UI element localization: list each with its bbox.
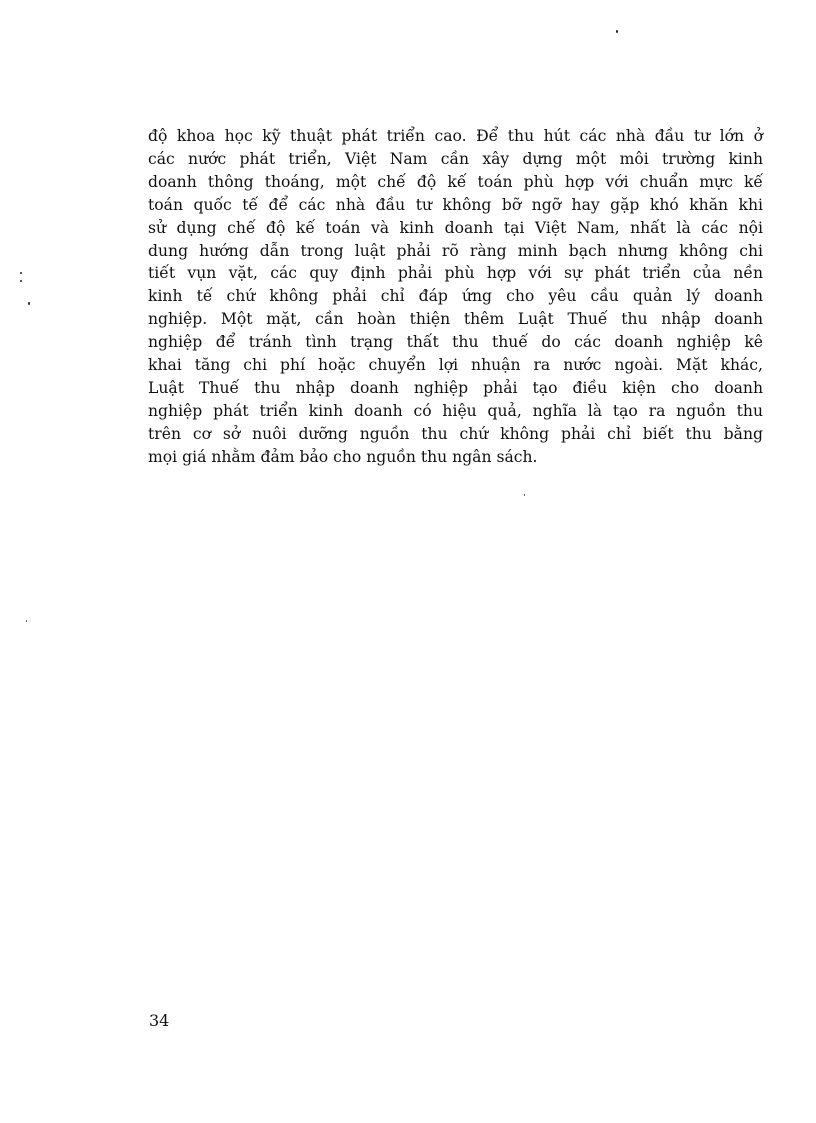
text-line: dung hướng dẫn trong luật phải rõ ràng m… — [148, 240, 763, 263]
text-line: sử dụng chế độ kế toán và kinh doanh tại… — [148, 217, 763, 240]
scan-speck — [524, 494, 525, 496]
text-line: độ khoa học kỹ thuật phát triển cao. Để … — [148, 125, 763, 148]
text-line: Luật Thuế thu nhập doanh nghiệp phải tạo… — [148, 377, 763, 400]
scan-speck — [26, 620, 27, 622]
text-line: các nước phát triển, Việt Nam cần xây dự… — [148, 148, 763, 171]
scan-speck — [20, 280, 22, 282]
page-number: 34 — [149, 1011, 169, 1030]
text-line: nghiệp để tránh tình trạng thất thu thuế… — [148, 331, 763, 354]
text-line: doanh thông thoáng, một chế độ kế toán p… — [148, 171, 763, 194]
scan-speck — [28, 302, 30, 305]
text-line: kinh tế chứ không phải chỉ đáp ứng cho y… — [148, 285, 763, 308]
text-line: khai tăng chi phí hoặc chuyển lợi nhuận … — [148, 354, 763, 377]
document-page: độ khoa học kỹ thuật phát triển cao. Để … — [0, 0, 816, 1123]
body-paragraph: độ khoa học kỹ thuật phát triển cao. Để … — [148, 125, 763, 469]
text-line: tiết vụn vặt, các quy định phải phù hợp … — [148, 262, 763, 285]
text-line: trên cơ sở nuôi dưỡng nguồn thu chứ khôn… — [148, 423, 763, 446]
text-line: nghiệp phát triển kinh doanh có hiệu quả… — [148, 400, 763, 423]
text-line: mọi giá nhằm đảm bảo cho nguồn thu ngân … — [148, 446, 763, 469]
scan-speck — [616, 30, 618, 33]
text-line: toán quốc tế để các nhà đầu tư không bỡ … — [148, 194, 763, 217]
scan-speck — [20, 272, 22, 274]
text-line: nghiệp. Một mặt, cần hoàn thiện thêm Luậ… — [148, 308, 763, 331]
